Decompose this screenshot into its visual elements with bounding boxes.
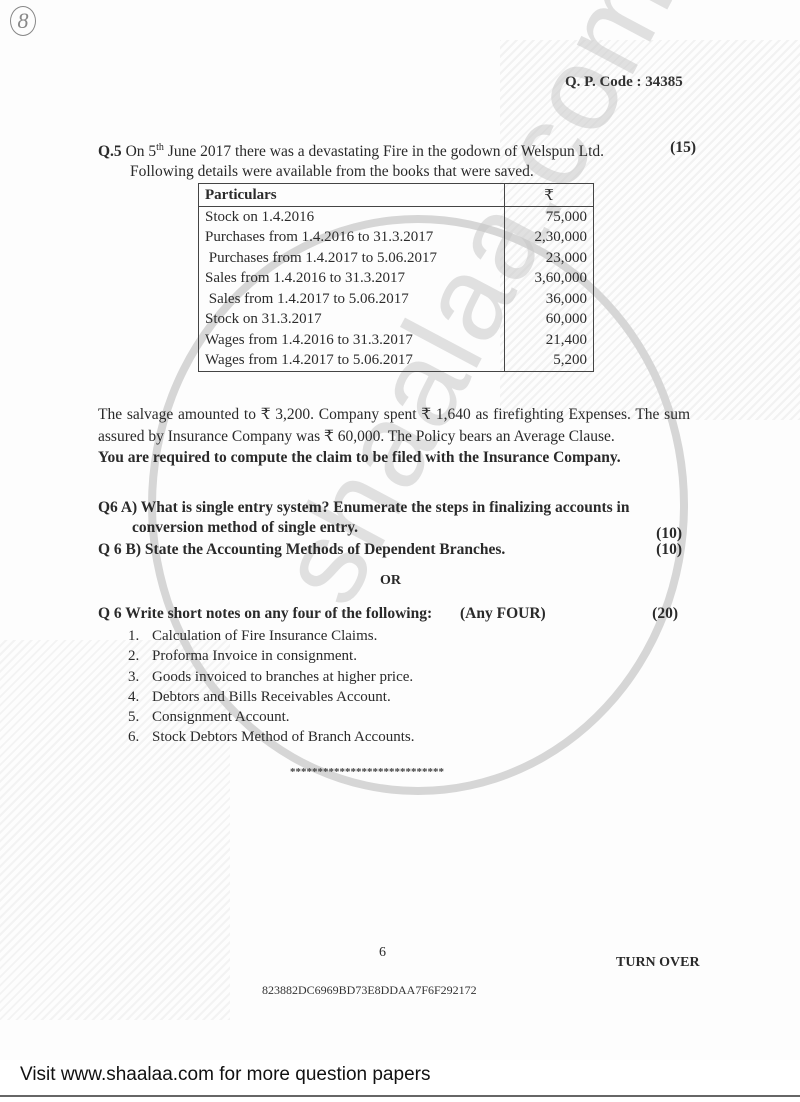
question-number: Q.5 [98,143,122,160]
amount-cell: 3,60,000 [505,269,594,290]
question-6a-line1: Q6 A) What is single entry system? Enume… [98,497,682,518]
end-of-paper-marker: **************************** [290,766,444,778]
qp-code: Q. P. Code : 34385 [565,74,683,91]
particular-cell: Wages from 1.4.2016 to 31.3.2017 [199,330,505,351]
list-item: 5.Consignment Account. [128,707,682,727]
particular-cell: Purchases from 1.4.2016 to 31.3.2017 [199,228,505,249]
list-item: 2.Proforma Invoice in consignment. [128,646,682,666]
amount-cell: 23,000 [505,248,594,269]
any-four-note: (Any FOUR) [460,605,546,623]
table-header-row: Particulars ₹ [199,184,594,207]
question-6-alt-marks: (20) [652,605,678,623]
column-header-amount: ₹ [505,184,594,207]
table-row: Wages from 1.4.2016 to 31.3.201721,400 [199,330,594,351]
list-item-number: 4. [128,687,152,707]
particular-cell: Sales from 1.4.2016 to 31.3.2017 [199,269,505,290]
list-item-number: 1. [128,626,152,646]
table-row: Stock on 1.4.201675,000 [199,207,594,228]
paper-hash-code: 823882DC6969BD73E8DDAA7F6F292172 [262,983,477,998]
list-item-text: Debtors and Bills Receivables Account. [152,689,391,705]
amount-cell: 36,000 [505,289,594,310]
question-5-instruction: You are required to compute the claim to… [98,447,690,469]
list-item-number: 6. [128,727,152,747]
question-marks: (15) [670,138,696,158]
question-text: On 5th June 2017 there was a devastating… [126,143,605,160]
particular-cell: Purchases from 1.4.2017 to 5.06.2017 [199,248,505,269]
particulars-table: Particulars ₹ Stock on 1.4.201675,000Pur… [198,183,594,372]
question-5-details: The salvage amounted to ₹ 3,200. Company… [98,404,690,469]
particular-cell: Stock on 31.3.2017 [199,310,505,331]
list-item-text: Proforma Invoice in consignment. [152,648,357,664]
page-number: 6 [379,945,386,961]
question-6-alt-heading: Q 6 Write short notes on any four of the… [98,605,432,622]
turn-over-label: TURN OVER [616,955,700,971]
list-item-text: Goods invoiced to branches at higher pri… [152,669,413,685]
table-row: Purchases from 1.4.2017 to 5.06.201723,0… [199,248,594,269]
list-item: 3.Goods invoiced to branches at higher p… [128,667,682,687]
question-6a-line2: conversion method of single entry. [132,519,358,536]
question-text-line2: Following details were available from th… [98,162,698,182]
table-row: Sales from 1.4.2017 to 5.06.201736,000 [199,289,594,310]
amount-cell: 75,000 [505,207,594,228]
amount-cell: 60,000 [505,310,594,331]
list-item: 1.Calculation of Fire Insurance Claims. [128,626,682,646]
question-6b: Q 6 B) State the Accounting Methods of D… [98,539,682,560]
amount-cell: 2,30,000 [505,228,594,249]
list-item-number: 5. [128,707,152,727]
particular-cell: Sales from 1.4.2017 to 5.06.2017 [199,289,505,310]
short-notes-list: 1.Calculation of Fire Insurance Claims.2… [98,626,682,748]
table-row: Stock on 31.3.201760,000 [199,310,594,331]
list-item: 4.Debtors and Bills Receivables Account. [128,687,682,707]
question-6b-text: Q 6 B) State the Accounting Methods of D… [98,541,505,558]
list-item-number: 2. [128,646,152,666]
handwritten-page-marker: 8 [10,6,36,36]
question-6a: Q6 A) What is single entry system? Enume… [98,497,682,538]
list-item-text: Calculation of Fire Insurance Claims. [152,628,377,644]
column-header-particulars: Particulars [199,184,505,207]
list-item-text: Stock Debtors Method of Branch Accounts. [152,729,414,745]
list-item-number: 3. [128,667,152,687]
exam-page: shaalaa.com 8 Q. P. Code : 34385 Q.5 On … [0,0,800,1060]
amount-cell: 21,400 [505,330,594,351]
question-6: Q6 A) What is single entry system? Enume… [98,497,682,560]
footer-divider [0,1095,800,1097]
site-footer-note: Visit www.shaalaa.com for more question … [20,1064,430,1086]
table-row: Wages from 1.4.2017 to 5.06.20175,200 [199,351,594,372]
amount-cell: 5,200 [505,351,594,372]
question-6-alternative: Q 6 Write short notes on any four of the… [98,605,682,748]
question-5: Q.5 On 5th June 2017 there was a devasta… [98,138,698,182]
list-item: 6.Stock Debtors Method of Branch Account… [128,727,682,747]
list-item-text: Consignment Account. [152,709,290,725]
table-row: Purchases from 1.4.2016 to 31.3.20172,30… [199,228,594,249]
particular-cell: Stock on 1.4.2016 [199,207,505,228]
salvage-paragraph: The salvage amounted to ₹ 3,200. Company… [98,406,690,445]
table-row: Sales from 1.4.2016 to 31.3.20173,60,000 [199,269,594,290]
question-6b-marks: (10) [656,539,682,560]
particular-cell: Wages from 1.4.2017 to 5.06.2017 [199,351,505,372]
or-divider: OR [380,573,401,589]
